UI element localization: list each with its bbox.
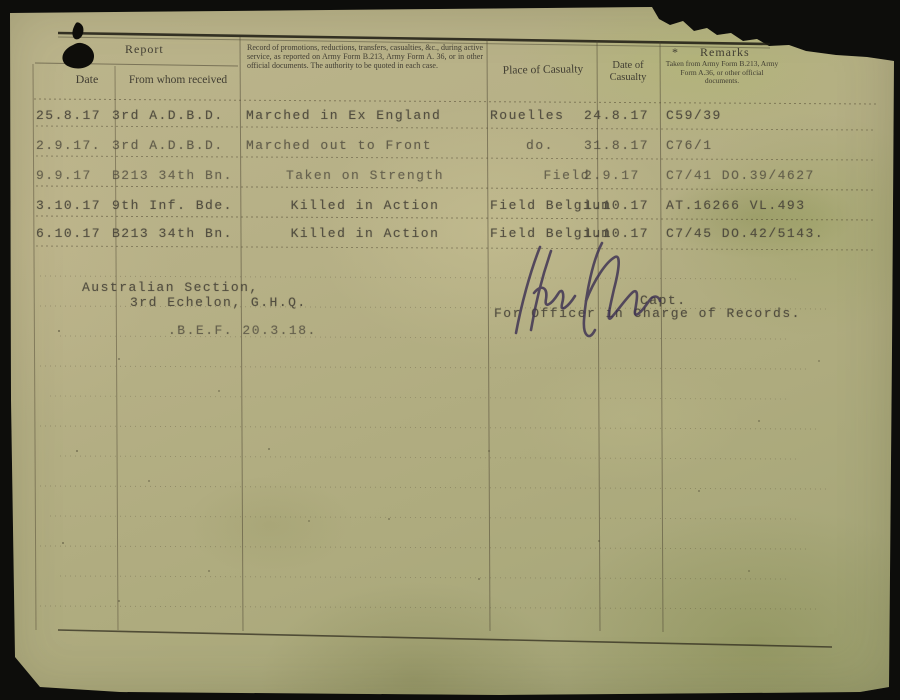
scanned-document-page: { "document": { "type": "WWI service rec… (0, 0, 900, 700)
signature-ink (0, 0, 900, 700)
